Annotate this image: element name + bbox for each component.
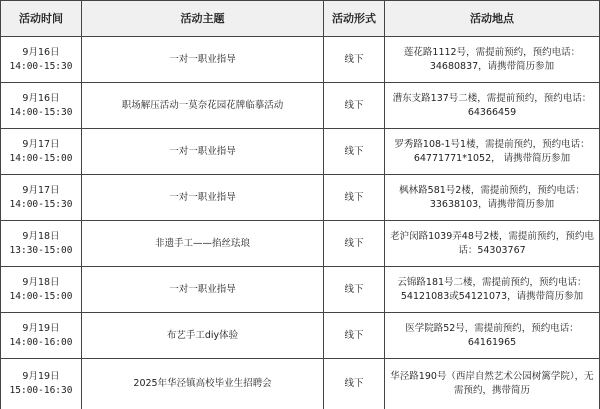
cell-topic: 一对一职业指导 <box>82 37 324 83</box>
cell-topic: 布艺手工diy体验 <box>82 313 324 359</box>
header-topic: 活动主题 <box>82 1 324 37</box>
activity-time: 14:00-15:00 <box>5 290 77 304</box>
activity-date: 9月19日 <box>5 370 77 384</box>
table-row: 9月18日13:30-15:00 非遗手工——掐丝珐琅 线下 老沪闵路1039弄… <box>1 221 600 267</box>
cell-location: 罗秀路108-1号1楼，需提前预约，预约电话：64771771*1052， 请携… <box>385 129 600 175</box>
cell-time: 9月17日14:00-15:00 <box>1 129 82 175</box>
cell-format: 线下 <box>324 313 385 359</box>
table-header-row: 活动时间 活动主题 活动形式 活动地点 <box>1 1 600 37</box>
cell-location: 莲花路1112号，需提前预约，预约电话：34680837，请携带简历参加 <box>385 37 600 83</box>
header-format: 活动形式 <box>324 1 385 37</box>
cell-format: 线下 <box>324 175 385 221</box>
activity-date: 9月16日 <box>5 92 77 106</box>
table-row: 9月18日14:00-15:00 一对一职业指导 线下 云锦路181号二楼，需提… <box>1 267 600 313</box>
table-row: 9月19日14:00-16:00 布艺手工diy体验 线下 医学院路52号，需提… <box>1 313 600 359</box>
header-time: 活动时间 <box>1 1 82 37</box>
activity-date: 9月17日 <box>5 138 77 152</box>
cell-time: 9月16日14:00-15:30 <box>1 37 82 83</box>
activity-time: 14:00-15:30 <box>5 60 77 74</box>
table-row: 9月19日15:00-16:30 2025年华泾镇高校毕业生招聘会 线下 华泾路… <box>1 359 600 409</box>
cell-location: 老沪闵路1039弄48号2楼，需提前预约，预约电话：54303767 <box>385 221 600 267</box>
header-location: 活动地点 <box>385 1 600 37</box>
cell-format: 线下 <box>324 129 385 175</box>
activity-schedule-table: 活动时间 活动主题 活动形式 活动地点 9月16日14:00-15:30 一对一… <box>0 0 600 409</box>
cell-topic: 一对一职业指导 <box>82 267 324 313</box>
cell-format: 线下 <box>324 83 385 129</box>
cell-topic: 一对一职业指导 <box>82 175 324 221</box>
activity-date: 9月18日 <box>5 230 77 244</box>
table-row: 9月16日14:00-15:30 一对一职业指导 线下 莲花路1112号，需提前… <box>1 37 600 83</box>
activity-date: 9月16日 <box>5 46 77 60</box>
table-row: 9月16日14:00-15:30 职场解压活动一莫奈花园花牌临摹活动 线下 漕东… <box>1 83 600 129</box>
activity-time: 13:30-15:00 <box>5 244 77 258</box>
cell-location: 漕东支路137号二楼，需提前预约，预约电话：64366459 <box>385 83 600 129</box>
cell-topic: 职场解压活动一莫奈花园花牌临摹活动 <box>82 83 324 129</box>
cell-time: 9月16日14:00-15:30 <box>1 83 82 129</box>
cell-location: 云锦路181号二楼，需提前预约，预约电话：54121083或54121073，请… <box>385 267 600 313</box>
cell-time: 9月18日13:30-15:00 <box>1 221 82 267</box>
cell-time: 9月18日14:00-15:00 <box>1 267 82 313</box>
cell-format: 线下 <box>324 359 385 409</box>
cell-topic: 非遗手工——掐丝珐琅 <box>82 221 324 267</box>
cell-format: 线下 <box>324 221 385 267</box>
activity-date: 9月17日 <box>5 184 77 198</box>
table-row: 9月17日14:00-15:00 一对一职业指导 线下 罗秀路108-1号1楼，… <box>1 129 600 175</box>
cell-location: 医学院路52号，需提前预约，预约电话：64161965 <box>385 313 600 359</box>
cell-location: 华泾路190号（西岸自然艺术公园树篱学院），无需预约，携带简历 <box>385 359 600 409</box>
activity-time: 14:00-15:30 <box>5 198 77 212</box>
cell-time: 9月19日15:00-16:30 <box>1 359 82 409</box>
table-row: 9月17日14:00-15:30 一对一职业指导 线下 枫林路581号2楼，需提… <box>1 175 600 221</box>
cell-location: 枫林路581号2楼，需提前预约，预约电话：33638103，请携带简历参加 <box>385 175 600 221</box>
cell-format: 线下 <box>324 267 385 313</box>
activity-time: 15:00-16:30 <box>5 384 77 398</box>
cell-topic: 2025年华泾镇高校毕业生招聘会 <box>82 359 324 409</box>
activity-date: 9月18日 <box>5 276 77 290</box>
activity-time: 14:00-15:30 <box>5 106 77 120</box>
activity-date: 9月19日 <box>5 322 77 336</box>
cell-format: 线下 <box>324 37 385 83</box>
cell-time: 9月19日14:00-16:00 <box>1 313 82 359</box>
cell-topic: 一对一职业指导 <box>82 129 324 175</box>
cell-time: 9月17日14:00-15:30 <box>1 175 82 221</box>
activity-time: 14:00-16:00 <box>5 336 77 350</box>
activity-time: 14:00-15:00 <box>5 152 77 166</box>
